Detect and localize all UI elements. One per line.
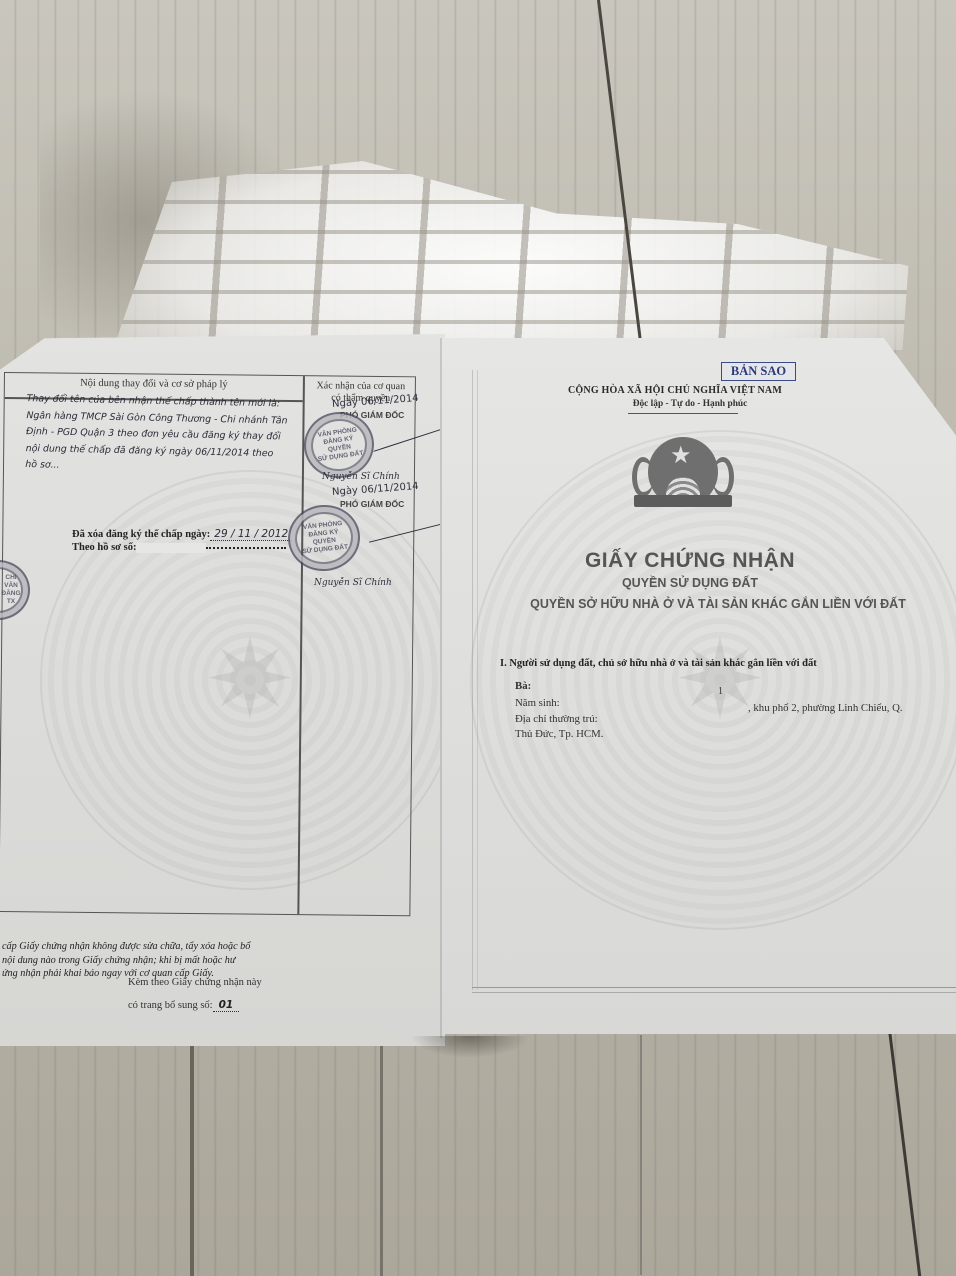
national-motto: Độc lập - Tự do - Hạnh phúc bbox=[590, 399, 790, 409]
erase-date: 29 / 11 / 2012 bbox=[210, 528, 292, 541]
signer-name: Nguyễn Sĩ Chính bbox=[322, 472, 400, 482]
file-number-label: Theo hồ sơ số: bbox=[72, 542, 136, 553]
signature-role: PHÓ GIÁM ĐỐC bbox=[340, 499, 404, 509]
erase-label: Đã xóa đăng ký thế chấp ngày: bbox=[72, 529, 210, 540]
certificate-title: GIẤY CHỨNG NHẬN bbox=[480, 549, 900, 573]
star-icon: ★ bbox=[670, 441, 692, 470]
motto-underline bbox=[628, 413, 738, 414]
amendment-entry: Thay đổi tên của bên nhận thế chấp thành… bbox=[25, 391, 307, 479]
emblem-ribbon bbox=[634, 495, 732, 507]
dotted-line bbox=[206, 547, 286, 549]
section-heading: I. Người sử dụng đất, chủ sở hữu nhà ở v… bbox=[500, 658, 817, 669]
attachment-page-row: có trang bổ sung số:01 bbox=[128, 999, 239, 1011]
notice-line: cấp Giấy chứng nhận không được sửa chữa,… bbox=[2, 940, 250, 954]
stamp-text: TX bbox=[1, 598, 20, 606]
stamp-text: CHI bbox=[1, 574, 20, 582]
certificate-subtitle: QUYỀN SỬ DỤNG ĐẤT bbox=[480, 576, 900, 590]
copy-stamp-badge: BẢN SAO bbox=[721, 362, 796, 381]
sun-star-watermark-icon: ✷ bbox=[674, 616, 766, 745]
page-fold bbox=[440, 338, 442, 1038]
address-value: , khu phố 2, phường Linh Chiểu, Q. bbox=[748, 702, 903, 714]
redacted-file-number bbox=[136, 543, 206, 553]
fold-shadow bbox=[410, 1036, 530, 1058]
header-changes: Nội dung thay đổi và cơ sở pháp lý bbox=[5, 377, 303, 391]
signer-name: Nguyễn Sĩ Chính bbox=[314, 578, 392, 588]
birth-year-label: Năm sinh: bbox=[515, 697, 560, 709]
decorative-border bbox=[472, 987, 956, 993]
stamp-text: VĂN bbox=[1, 582, 20, 590]
attachment-label: có trang bổ sung số: bbox=[128, 1000, 213, 1011]
header-confirmation-line1: Xác nhận của cơ quan bbox=[305, 380, 417, 393]
address-label: Địa chỉ thường trú: bbox=[515, 713, 598, 725]
file-number-row: Theo hồ sơ số: bbox=[72, 542, 286, 553]
attachment-note: Kèm theo Giấy chứng nhận này bbox=[128, 977, 262, 988]
national-emblem-icon: ★ bbox=[628, 437, 738, 517]
notice-line: nội dung nào trong Giấy chứng nhận; khi … bbox=[2, 954, 250, 968]
birth-year-value: 1 bbox=[718, 686, 723, 697]
attachment-value: 01 bbox=[213, 999, 240, 1012]
legal-notice: cấp Giấy chứng nhận không được sửa chữa,… bbox=[2, 940, 250, 981]
owner-name-label: Bà: bbox=[515, 680, 531, 692]
stamp-text: ĐĂNG bbox=[1, 590, 20, 598]
land-use-certificate: ✷ Nội dung thay đổi và cơ sở pháp lý Xác… bbox=[0, 0, 956, 1276]
address-continued: Thủ Đức, Tp. HCM. bbox=[515, 728, 603, 740]
certificate-subtitle: QUYỀN SỞ HỮU NHÀ Ở VÀ TÀI SẢN KHÁC GẮN L… bbox=[498, 597, 938, 611]
country-name: CỘNG HÒA XÃ HỘI CHỦ NGHĨA VIỆT NAM bbox=[560, 385, 790, 396]
mortgage-erased-row: Đã xóa đăng ký thế chấp ngày:29 / 11 / 2… bbox=[72, 528, 292, 540]
